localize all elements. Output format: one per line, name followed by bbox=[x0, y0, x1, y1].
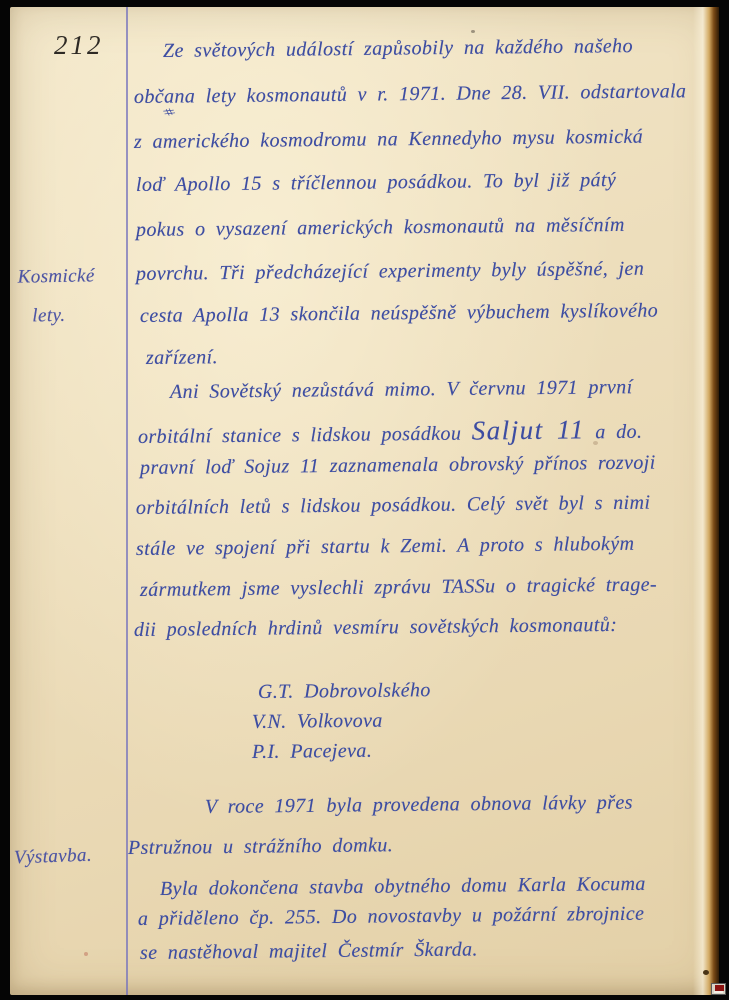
cosmonaut-name: V.N. Volkovova bbox=[252, 710, 383, 734]
margin-note-line: Výstavba. bbox=[14, 845, 93, 870]
handwritten-line: Ze světových událostí zapůsobily na každ… bbox=[163, 35, 633, 63]
line-text: orbitální stanice s lidskou posádkou bbox=[138, 423, 472, 448]
cosmonaut-name: P.I. Pacejeva. bbox=[252, 740, 372, 764]
line-text: a do. bbox=[585, 421, 643, 444]
handwritten-line: Ani Sovětský nezůstává mimo. V červnu 19… bbox=[170, 376, 633, 404]
paper-speck bbox=[593, 441, 598, 445]
scanned-chronicle-page: { "document": { "page_number": "212", "i… bbox=[0, 0, 729, 1000]
page-edge-shadow bbox=[693, 7, 719, 995]
page-number: 212 bbox=[54, 30, 104, 61]
saljut-station-name: Saljut 11 bbox=[472, 414, 586, 445]
handwritten-line: orbitální stanice s lidskou posádkou Sal… bbox=[138, 414, 643, 450]
margin-note-line: Kosmické bbox=[17, 265, 94, 288]
paper-speck bbox=[84, 952, 88, 956]
margin-note-vystavba: Výstavba. bbox=[14, 845, 93, 870]
monitor-icon-base bbox=[714, 991, 723, 993]
paper-speck bbox=[471, 30, 475, 33]
monitor-icon[interactable] bbox=[711, 983, 726, 995]
cosmonaut-name: G.T. Dobrovolského bbox=[258, 679, 431, 704]
handwritten-line: Pstružnou u strážního domku. bbox=[128, 834, 393, 860]
handwritten-line: V roce 1971 byla provedena obnova lávky … bbox=[205, 792, 633, 819]
handwritten-line: se nastěhoval majitel Čestmír Škarda. bbox=[140, 938, 478, 965]
handwritten-line: zařízení. bbox=[146, 346, 218, 370]
paper-speck bbox=[703, 970, 709, 975]
margin-note-kosmicke-lety: Kosmické lety. bbox=[17, 265, 95, 327]
margin-note-line: lety. bbox=[32, 304, 95, 327]
